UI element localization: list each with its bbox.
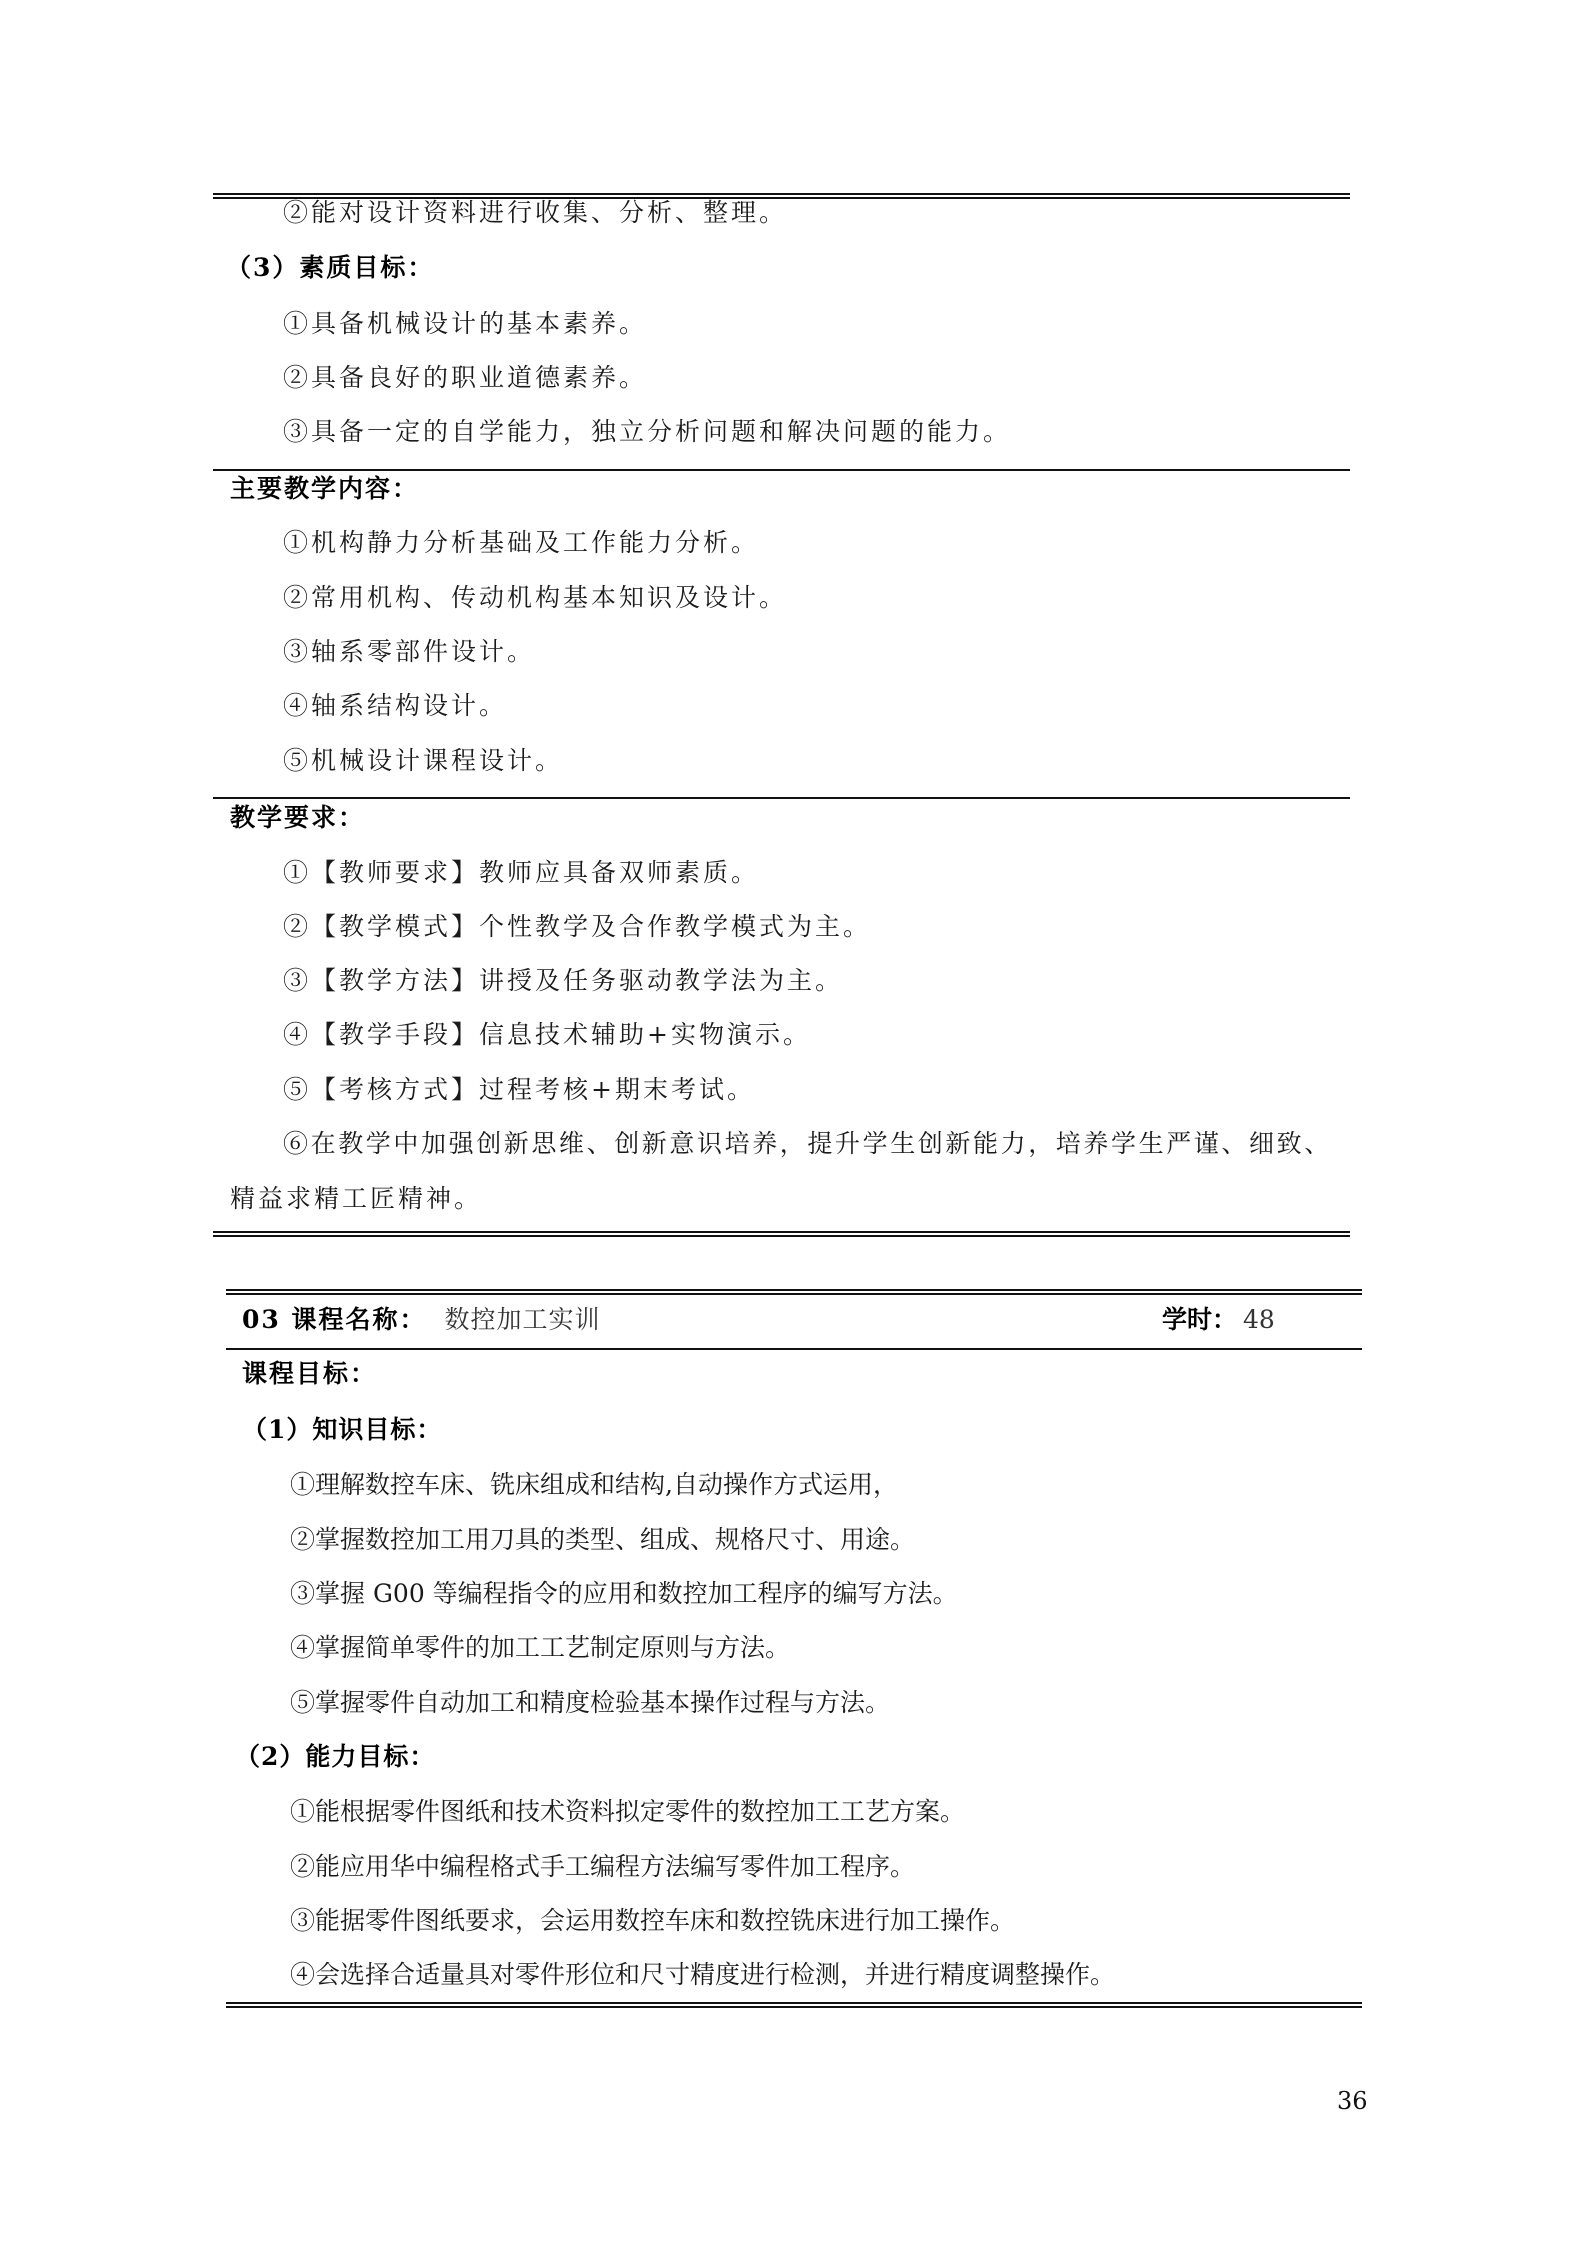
document-page: ②能对设计资料进行收集、分析、整理。 （3）素质目标： ①具备机械设计的基本素养… [0,0,1587,2245]
section-divider [213,797,1350,799]
teaching-requirement-item-5: ⑤【考核方式】过程考核+期末考试。 [283,1074,755,1106]
main-content-item-1: ①机构静力分析基础及工作能力分析。 [283,527,759,559]
ability-goal-heading: （2）能力目标： [235,1741,435,1773]
section-divider [226,1348,1362,1350]
main-content-item-3: ③轴系零部件设计。 [283,636,535,668]
teaching-requirements-heading: 教学要求： [230,802,365,834]
knowledge-goal-item-1: ①理解数控车床、铣床组成和结构,自动操作方式运用， [290,1469,898,1501]
main-content-item-2: ②常用机构、传动机构基本知识及设计。 [283,582,787,614]
teaching-requirement-item-3: ③【教学方法】讲授及任务驱动教学法为主。 [283,965,843,997]
course-name: 数控加工实训 [445,1305,601,1334]
ability-goal-item-1: ①能根据零件图纸和技术资料拟定零件的数控加工工艺方案。 [290,1796,965,1828]
hours-value: 48 [1243,1305,1275,1334]
knowledge-goal-item-5: ⑤掌握零件自动加工和精度检验基本操作过程与方法。 [290,1687,890,1719]
main-content-heading: 主要教学内容： [230,473,419,505]
teaching-requirement-item-6-line-2: 精益求精工匠精神。 [230,1183,482,1215]
main-content-item-5: ⑤机械设计课程设计。 [283,745,563,777]
knowledge-goal-item-4: ④掌握简单零件的加工工艺制定原则与方法。 [290,1632,790,1664]
ability-goal-item-3: ③能据零件图纸要求，会运用数控车床和数控铣床进行加工操作。 [290,1905,1015,1937]
section-divider [213,469,1350,471]
quality-goal-item-3: ③具备一定的自学能力，独立分析问题和解决问题的能力。 [283,416,1011,448]
upper-table-bottom-border [213,1231,1350,1237]
teaching-requirement-item-6-line-1: ⑥在教学中加强创新思维、创新意识培养，提升学生创新能力，培养学生严谨、细致、 [283,1128,1332,1160]
ability-goal-item-4: ④会选择合适量具对零件形位和尺寸精度进行检测，并进行精度调整操作。 [290,1959,1115,1991]
main-content-item-4: ④轴系结构设计。 [283,690,507,722]
ability-goal-item-2: ②能对设计资料进行收集、分析、整理。 [283,197,787,229]
course-number-label: 03 课程名称： [242,1305,427,1334]
teaching-requirement-item-4: ④【教学手段】信息技术辅助+实物演示。 [283,1019,811,1051]
teaching-requirement-item-1: ①【教师要求】教师应具备双师素质。 [283,857,759,889]
lower-table-top-border [226,1289,1362,1295]
page-number: 36 [1337,2086,1368,2116]
course-goals-heading: 课程目标： [242,1358,377,1390]
quality-goal-heading: （3）素质目标： [226,252,434,284]
teaching-requirement-item-2: ②【教学模式】个性教学及合作教学模式为主。 [283,911,871,943]
course-hours: 学时：48 [1162,1304,1275,1336]
knowledge-goal-heading: （1）知识目标： [242,1414,442,1446]
knowledge-goal-item-3: ③掌握 G00 等编程指令的应用和数控加工程序的编写方法。 [290,1578,958,1610]
quality-goal-item-1: ①具备机械设计的基本素养。 [283,308,647,340]
knowledge-goal-item-2: ②掌握数控加工用刀具的类型、组成、规格尺寸、用途。 [290,1524,915,1556]
lower-table-bottom-border [226,2002,1362,2008]
course-title: 03 课程名称：数控加工实训 [242,1304,601,1336]
hours-label: 学时： [1162,1305,1237,1334]
ability-goal-item-2: ②能应用华中编程格式手工编程方法编写零件加工程序。 [290,1851,915,1883]
quality-goal-item-2: ②具备良好的职业道德素养。 [283,362,647,394]
